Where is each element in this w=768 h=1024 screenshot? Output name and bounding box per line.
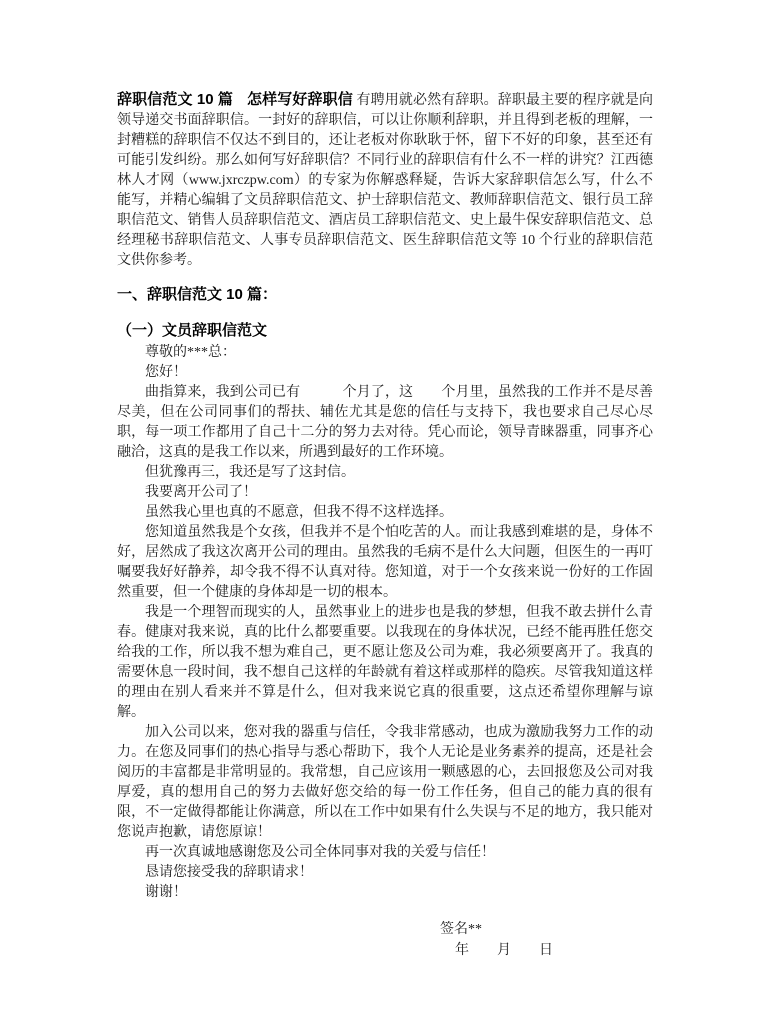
intro-subtitle: 怎样写好辞职信: [247, 91, 353, 108]
letter-paragraph: 您好！: [117, 363, 653, 383]
section-heading: 一、辞职信范文 10 篇：: [117, 285, 653, 305]
letter-paragraph: 恳请您接受我的辞职请求！: [117, 863, 653, 883]
letter-paragraph: 谢谢！: [117, 883, 653, 903]
intro-title: 辞职信范文 10 篇: [117, 91, 233, 108]
sub-heading: （一）文员辞职信范文: [117, 321, 653, 341]
letter-paragraph: 您知道虽然我是个女孩，但我并不是个怕吃苦的人。而让我感到难堪的是，身体不好，居然…: [117, 523, 653, 603]
letter-paragraph: 我要离开公司了！: [117, 483, 653, 503]
signature-date: 年 月 日: [455, 940, 653, 961]
intro-body-text: 有聘用就必然有辞职。辞职最主要的程序就是向领导递交书面辞职信。一封好的辞职信，可…: [117, 93, 653, 268]
letter-paragraph: 但犹豫再三，我还是写了这封信。: [117, 463, 653, 483]
letter-paragraph: 我是一个理智而现实的人，虽然事业上的进步也是我的梦想，但我不敢去拼什么青春。健康…: [117, 603, 653, 723]
letter-paragraph: 再一次真诚地感谢您及公司全体同事对我的关爱与信任！: [117, 843, 653, 863]
letter-salutation: 尊敬的***总：: [117, 343, 653, 363]
signature-name: 签名**: [440, 919, 653, 940]
letter-paragraph: 曲指算来，我到公司已有 个月了，这 个月里，虽然我的工作并不是尽善尽美，但在公司…: [117, 383, 653, 463]
letter-paragraphs: 您好！曲指算来，我到公司已有 个月了，这 个月里，虽然我的工作并不是尽善尽美，但…: [117, 363, 653, 903]
letter-body: 尊敬的***总： 您好！曲指算来，我到公司已有 个月了，这 个月里，虽然我的工作…: [117, 343, 653, 961]
document-page: 辞职信范文 10 篇怎样写好辞职信 有聘用就必然有辞职。辞职最主要的程序就是向领…: [0, 0, 768, 1024]
intro-paragraph: 辞职信范文 10 篇怎样写好辞职信 有聘用就必然有辞职。辞职最主要的程序就是向领…: [117, 90, 653, 271]
letter-paragraph: 虽然我心里也真的不愿意，但我不得不这样选择。: [117, 503, 653, 523]
letter-paragraph: 加入公司以来，您对我的器重与信任，令我非常感动，也成为激励我努力工作的动力。在您…: [117, 723, 653, 843]
signature-block: 签名** 年 月 日: [117, 919, 653, 961]
